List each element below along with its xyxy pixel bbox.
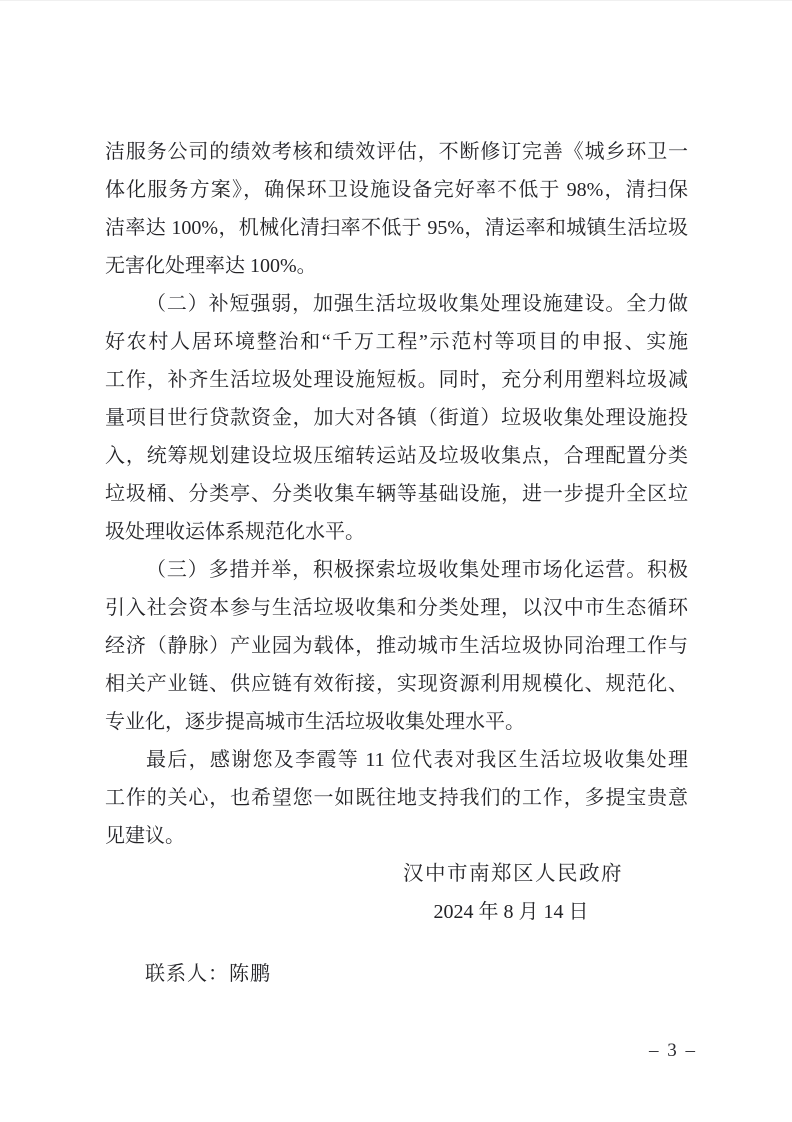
body-paragraphs: 洁服务公司的绩效考核和绩效评估，不断修订完善《城乡环卫一体化服务方案》，确保环卫…	[105, 133, 688, 855]
paragraph: （三）多措并举，积极探索垃圾收集处理市场化运营。积极引入社会资本参与生活垃圾收集…	[105, 551, 688, 741]
body-line: 最后，感谢您及李霞等 11 位代表对我区生活垃圾收集处理	[105, 741, 688, 779]
signature-date: 2024 年 8 月 14 日	[403, 893, 619, 931]
body-line: 垃圾桶、分类亭、分类收集车辆等基础设施，进一步提升全区垃	[105, 475, 688, 513]
body-line: 体化服务方案》，确保环卫设施设备完好率不低于 98%，清扫保	[105, 171, 688, 209]
body-line: 相关产业链、供应链有效衔接，实现资源利用规模化、规范化、	[105, 665, 688, 703]
paragraph: （二）补短强弱，加强生活垃圾收集处理设施建设。全力做好农村人居环境整治和“千万工…	[105, 285, 688, 551]
body-line: 引入社会资本参与生活垃圾收集和分类处理，以汉中市生态循环	[105, 589, 688, 627]
paragraph: 最后，感谢您及李霞等 11 位代表对我区生活垃圾收集处理工作的关心，也希望您一如…	[105, 741, 688, 855]
body-line: 入，统筹规划建设垃圾压缩转运站及垃圾收集点，合理配置分类	[105, 437, 688, 475]
body-line: 工作的关心，也希望您一如既往地支持我们的工作，多提宝贵意	[105, 779, 688, 817]
document-content: 洁服务公司的绩效考核和绩效评估，不断修订完善《城乡环卫一体化服务方案》，确保环卫…	[0, 1, 792, 993]
body-line: 量项目世行贷款资金，加大对各镇（街道）垃圾收集处理设施投	[105, 399, 688, 437]
body-line: 经济（静脉）产业园为载体，推动城市生活垃圾协同治理工作与	[105, 627, 688, 665]
body-line: 洁服务公司的绩效考核和绩效评估，不断修订完善《城乡环卫一	[105, 133, 688, 171]
closing-block: 汉中市南郑区人民政府 2024 年 8 月 14 日	[403, 855, 619, 931]
body-line: （三）多措并举，积极探索垃圾收集处理市场化运营。积极	[105, 551, 688, 589]
contact-line: 联系人：陈鹏	[105, 955, 688, 993]
body-line: （二）补短强弱，加强生活垃圾收集处理设施建设。全力做	[105, 285, 688, 323]
paragraph: 洁服务公司的绩效考核和绩效评估，不断修订完善《城乡环卫一体化服务方案》，确保环卫…	[105, 133, 688, 285]
document-page: 洁服务公司的绩效考核和绩效评估，不断修订完善《城乡环卫一体化服务方案》，确保环卫…	[0, 0, 792, 1122]
contact-name: 陈鹏	[229, 963, 271, 985]
page-number: – 3 –	[649, 1039, 697, 1063]
body-line: 专业化，逐步提高城市生活垃圾收集处理水平。	[105, 703, 688, 741]
body-line: 好农村人居环境整治和“千万工程”示范村等项目的申报、实施	[105, 323, 688, 361]
contact-label: 联系人：	[145, 963, 229, 985]
body-line: 无害化处理率达 100%。	[105, 247, 688, 285]
signature-org: 汉中市南郑区人民政府	[403, 855, 619, 893]
body-line: 工作，补齐生活垃圾处理设施短板。同时，充分利用塑料垃圾减	[105, 361, 688, 399]
body-line: 圾处理收运体系规范化水平。	[105, 513, 688, 551]
body-line: 洁率达 100%，机械化清扫率不低于 95%，清运率和城镇生活垃圾	[105, 209, 688, 247]
body-line: 见建议。	[105, 817, 688, 855]
